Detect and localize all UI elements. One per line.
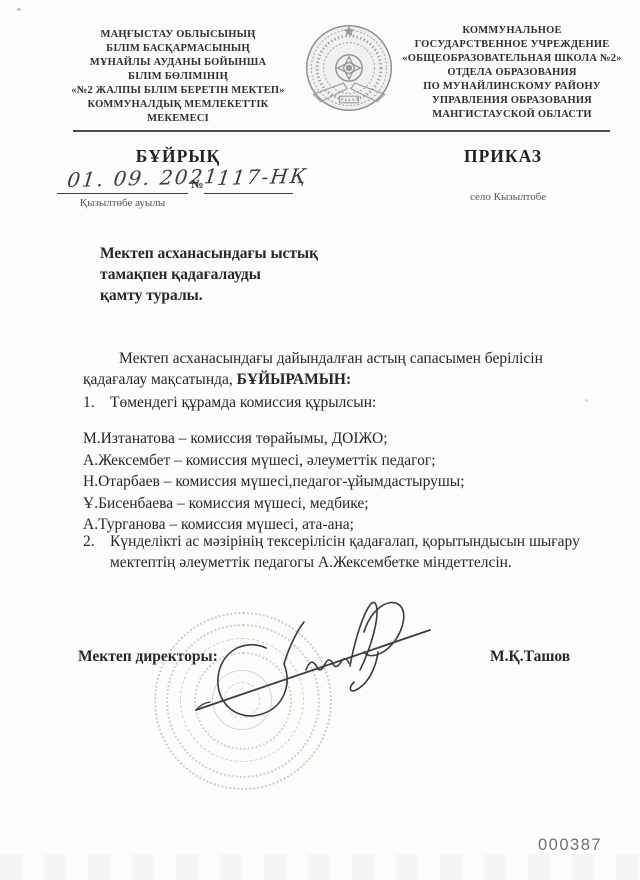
scan-speck [17, 8, 21, 11]
org-line: БІЛІМ БАСҚАРМАСЫНЫҢ [52, 42, 304, 56]
commission-list: М.Изтанатова – комиссия төрайымы, ДОІЖО;… [83, 428, 465, 536]
order-item-2: 2. Күнделікті ас мәзірінің тексерілісін … [83, 531, 588, 573]
item-text: Күнделікті ас мәзірінің тексерілісін қад… [83, 531, 588, 573]
item-number: 1. [83, 392, 95, 413]
director-name: М.Қ.Ташов [490, 648, 570, 666]
org-line: МАНГИСТАУСКОЙ ОБЛАСТИ [388, 108, 636, 122]
org-line: «№2 ЖАЛПЫ БІЛІМ БЕРЕТІН МЕКТЕП» [52, 84, 304, 98]
date-underline [57, 193, 188, 194]
order-subject: Мектеп асханасындағы ыстық тамақпен қада… [100, 243, 318, 306]
director-signature [138, 592, 448, 732]
org-line: УПРАВЛЕНИЯ ОБРАЗОВАНИЯ [388, 94, 636, 108]
org-line: БІЛІМ БӨЛІМІНІҢ [52, 70, 304, 84]
subject-line: қамту туралы. [100, 285, 318, 306]
org-line: ГОСУДАРСТВЕННОЕ УЧРЕЖДЕНИЕ [388, 38, 636, 52]
item-text: Төмендегі құрамда комиссия құрылсын: [83, 392, 588, 413]
org-line: МҰНАЙЛЫ АУДАНЫ БОЙЫНША [52, 56, 304, 70]
handwritten-order-number: 117-НҚ [216, 164, 309, 190]
letterhead-kazakh: МАҢҒЫСТАУ ОБЛЫСЫНЫҢ БІЛІМ БАСҚАРМАСЫНЫҢ … [52, 28, 304, 126]
place-kazakh: Қызылтөбе ауылы [57, 197, 188, 209]
place-russian: село Кызылтобе [470, 191, 546, 203]
commission-member: Ұ.Бисенбаева – комиссия мүшесі, медбике; [83, 493, 465, 515]
order-item-1: 1. Төмендегі құрамда комиссия құрылсын: [83, 392, 588, 413]
commission-member: А.Жексембет – комиссия мүшесі, әлеуметті… [83, 450, 465, 472]
number-underline [204, 193, 293, 194]
scan-speck [525, 99, 527, 101]
header-divider [73, 130, 610, 132]
order-title-russian: ПРИКАЗ [388, 146, 618, 167]
org-line: ПО МУНАЙЛИНСКОМУ РАЙОНУ [388, 80, 636, 94]
kazakhstan-emblem-icon [302, 21, 396, 115]
org-line: «ОБЩЕОБРАЗОВАТЕЛЬНАЯ ШКОЛА №2» [388, 52, 636, 66]
letterhead-russian: КОММУНАЛЬНОЕ ГОСУДАРСТВЕННОЕ УЧРЕЖДЕНИЕ … [388, 24, 636, 122]
number-sign: № [191, 177, 204, 192]
scanned-order-document: МАҢҒЫСТАУ ОБЛЫСЫНЫҢ БІЛІМ БАСҚАРМАСЫНЫҢ … [0, 0, 640, 880]
subject-line: тамақпен қадағалауды [100, 264, 318, 285]
commission-member: Н.Отарбаев – комиссия мүшесі,педагог-ұйы… [83, 471, 465, 493]
org-line: КОММУНАЛЬНОЕ [388, 24, 636, 38]
intro-directive-word: БҰЙЫРАМЫН: [237, 371, 351, 388]
org-line: МЕКЕМЕСІ [52, 112, 304, 126]
scan-speck [585, 399, 588, 402]
item-number: 2. [83, 531, 95, 552]
commission-member: М.Изтанатова – комиссия төрайымы, ДОІЖО; [83, 428, 465, 450]
form-serial-number: 000387 [538, 836, 602, 855]
org-line: КОММУНАЛДЫҚ МЕМЛЕКЕТТІК [52, 98, 304, 112]
org-line: ОТДЕЛА ОБРАЗОВАНИЯ [388, 66, 636, 80]
intro-paragraph: Мектеп асханасындағы дайындалған астың с… [83, 348, 577, 390]
subject-line: Мектеп асханасындағы ыстық [100, 243, 318, 264]
org-line: МАҢҒЫСТАУ ОБЛЫСЫНЫҢ [52, 28, 304, 42]
